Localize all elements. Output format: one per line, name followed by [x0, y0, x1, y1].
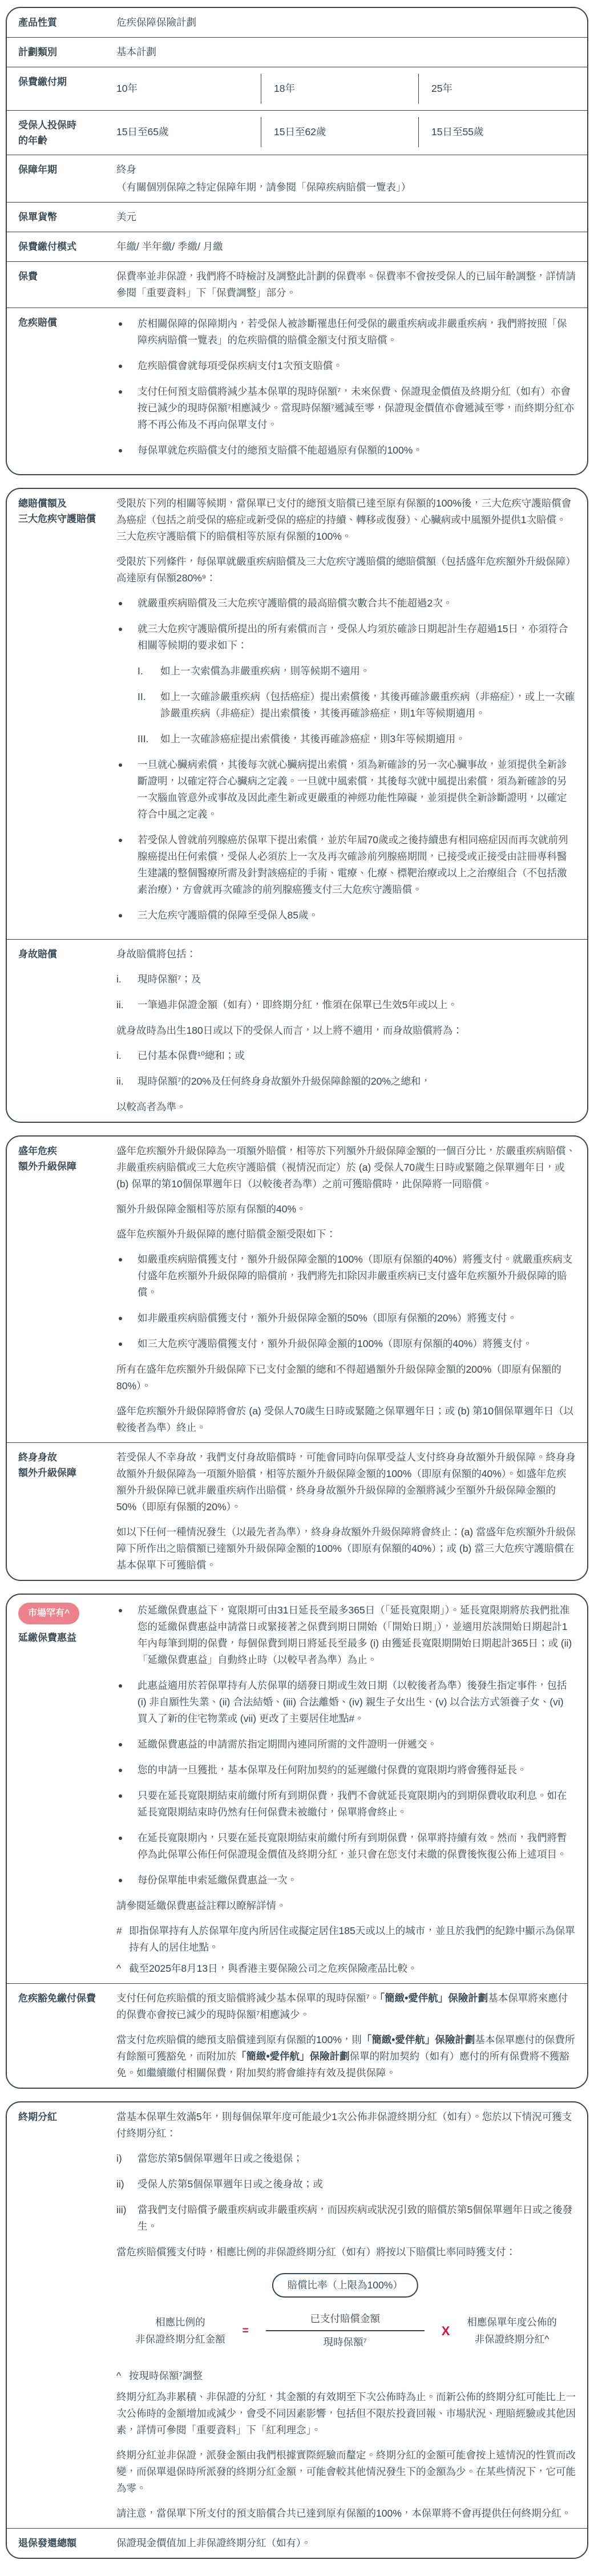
prime-age-extra-uplift-row: 盛年危疾額外升級保障盛年危疾額外升級保障為一項額外賠償，相等於下列額外升級保障金… — [7, 1137, 587, 1442]
bullet-icon — [119, 763, 122, 767]
claim-ratio-pill: 賠償比率（上限為100%） — [272, 2273, 418, 2298]
premium-payment-term-content: 10年18年25年 — [116, 74, 576, 104]
premium-label: 保費 — [18, 268, 116, 301]
bullet-icon — [119, 1258, 122, 1261]
footnote: ^截至2025年8月13日，與香港主要保險公司之危疾保險產品比較。 — [116, 1960, 576, 1977]
list-item-text: 每份保單能申索延繳保費惠益一次。 — [138, 1872, 576, 1888]
paragraph: 危疾保障保險計劃 — [116, 14, 576, 31]
label-text: 總賠償額及 — [18, 496, 116, 511]
list-marker: I. — [138, 663, 143, 680]
label-text: 保費 — [18, 269, 116, 284]
death-benefit-label: 身故賠償 — [18, 946, 116, 1115]
total-benefit-major-ci-guardian-label: 總賠償額及三大危疾守護賠償 — [18, 495, 116, 933]
bullet-icon — [119, 1837, 122, 1840]
list-item: 危疾賠償會就每項受保疾病支付1次預支賠償。 — [116, 358, 576, 374]
list-item-text: 如三大危疾守護賠償獲支付，額外升級保障金額的100%（即原有保額的40%）將獲支… — [138, 1336, 576, 1352]
premium-deferral-benefit-row: 市場罕有^延繳保費惠益於延繳保費惠益下，寬限期可由31日延長至最多365日（「延… — [7, 1595, 587, 1983]
marker-list: i.現時保額⁷；及ii.一筆過非保證金額（如有），即終期分紅，惟須在保單已生效5… — [116, 971, 576, 1013]
list-item-text: 當您於第5個保單週年日或之後退保； — [138, 2150, 576, 2167]
info-box-4: 市場罕有^延繳保費惠益於延繳保費惠益下，寬限期可由31日延長至最多365日（「延… — [6, 1594, 588, 2089]
list-item-text: 若受保人曾就前列腺癌於保單下提出索償，並於年屆70歲或之後持續患有相同癌症因而再… — [138, 832, 576, 898]
ci-premium-waiver-label: 危疾豁免繳付保費 — [18, 1990, 116, 2081]
product-nature-row: 產品性質危疾保障保險計劃 — [7, 8, 587, 37]
operand-line: 相應保單年度公佈的 — [467, 2314, 557, 2331]
paragraph: （有關個別保障之特定保障年期，請參閱「保障疾病賠償一覽表」） — [116, 179, 576, 196]
label-text: 終身身故 — [18, 1450, 116, 1465]
plan-type-content: 基本計劃 — [116, 44, 576, 60]
footnote: ^按現時保額⁷調整 — [116, 2368, 576, 2384]
label-text: 保費繳付期 — [18, 74, 116, 90]
benefit-term-label: 保障年期 — [18, 161, 116, 196]
list-item-text: 就三大危疾守護賠償所提出的所有索償而言，受保人均須於確診日期起計生存超過15日，… — [138, 621, 576, 654]
footnote-text: 即指保單持有人於保單年度內所居住或擬定居住185天或以上的城市，並且於我們的紀錄… — [129, 1923, 576, 1956]
issue-age-label: 受保人投保時的年齡 — [18, 117, 116, 148]
bullet-icon — [119, 914, 122, 917]
list-item-text: 您的申請一旦獲批，基本保單及任何附加契約的延遲繳付保費的寬限期均將會獲得延長。 — [138, 1762, 576, 1778]
list-item-text: 支付任何預支賠償將減少基本保單的現時保額⁷，未來保費、保證現金價值及終期分紅（如… — [138, 383, 576, 433]
policy-currency-label: 保單貨幣 — [18, 209, 116, 225]
label-text: 產品性質 — [18, 15, 116, 30]
premium-payment-mode-label: 保費繳付模式 — [18, 238, 116, 255]
paragraph: 支付任何危疾賠償的預支賠償將減少基本保單的現時保額⁷。「簡緻•愛伴航」保險計劃基… — [116, 1990, 576, 2023]
premium-deferral-benefit-label: 市場罕有^延繳保費惠益 — [18, 1601, 116, 1977]
bullet-icon — [119, 365, 122, 368]
nested-list-item: I.如上一次索償為非嚴重疾病，則等候期不適用。 — [138, 663, 576, 680]
list-item: ii)受保人於第5個保單週年日或之後身故；或 — [116, 2176, 576, 2193]
list-marker: ii. — [116, 1073, 124, 1090]
premium-payment-term-row: 保費繳付期10年18年25年 — [7, 67, 587, 110]
paragraph: 保費率並非保證，我們將不時檢討及調整此計劃的保費率。保費率不會按受保人的已屆年齡… — [116, 268, 576, 301]
fraction-denominator: 現時保額⁷ — [266, 2331, 425, 2351]
paragraph: 就身故時為出生180日或以下的受保人而言，以上將不適用，而身故賠償將為： — [116, 1022, 576, 1039]
text-segment: 支付任何危疾賠償的預支賠償將減少基本保單的現時保額⁷。 — [116, 1992, 379, 2004]
paragraph: 以較高者為準。 — [116, 1099, 576, 1115]
bullet-icon — [119, 1769, 122, 1772]
paragraph: 請注意，當保單下所支付的預支賠償合共已達到原有保額的100%，本保單將不會再提供… — [116, 2505, 576, 2522]
list-item-text: 如上一次確診癌症提出索償後，其後再確診癌症，則3年等候期適用。 — [160, 731, 576, 747]
list-item: 於延繳保費惠益下，寬限期可由31日延長至最多365日（「延長寬限期」）。延長寬限… — [116, 1602, 576, 1668]
terminal-dividend-content: 當基本保單生效滿5年，則每個保單年度可能最少1次公佈非保證終期分紅（如有）。您於… — [116, 2109, 576, 2522]
prime-age-extra-uplift-content: 盛年危疾額外升級保障為一項額外賠償，相等於下列額外升級保障金額的一個百分比，於嚴… — [116, 1143, 576, 1436]
table-cell: 15日至65歲 — [116, 117, 261, 147]
table-cell: 18年 — [261, 74, 418, 104]
prime-age-extra-uplift-label: 盛年危疾額外升級保障 — [18, 1143, 116, 1436]
label-text: 受保人投保時 — [18, 118, 116, 133]
paragraph: 美元 — [116, 209, 576, 225]
plan-type-row: 計劃類別基本計劃 — [7, 37, 587, 67]
table-cell: 15日至55歲 — [418, 117, 576, 147]
list-item: i.已付基本保費¹⁰總和；或 — [116, 1048, 576, 1064]
operand-line: 非保證終期分紅金額 — [135, 2331, 225, 2348]
critical-illness-benefit-row: 危疾賠償於相關保障的保障期內，若受保人被診斷罹患任何受保的嚴重疾病或非嚴重疾病，… — [7, 308, 587, 474]
bullet-icon — [119, 1342, 122, 1346]
list-item: 每份保單能申索延繳保費惠益一次。 — [116, 1872, 576, 1888]
bullet-icon — [119, 602, 122, 605]
list-item-text: 受保人於第5個保單週年日或之後身故；或 — [138, 2176, 576, 2193]
list-item-text: 如上一次確診嚴重疾病（包括癌症）提出索償後，其後再確診嚴重疾病（非癌症），或上一… — [160, 689, 576, 722]
premium-payment-mode-row: 保費繳付模式年繳/ 半年繳/ 季繳/ 月繳 — [7, 232, 587, 261]
total-benefit-major-ci-guardian-row: 總賠償額及三大危疾守護賠償受限於下列的相關等候期，當保單已支付的總預支賠償已達至… — [7, 489, 587, 939]
list-item-text: 在延長寬限期內，只要在延長寬限期結束前繳付所有到期保費，保單將持續有效。然而，我… — [138, 1830, 576, 1863]
bullet-icon — [119, 322, 122, 326]
list-marker: ii) — [116, 2176, 124, 2193]
list-item: 支付任何預支賠償將減少基本保單的現時保額⁷，未來保費、保證現金價值及終期分紅（如… — [116, 383, 576, 433]
label-text: 三大危疾守護賠償 — [18, 511, 116, 527]
list-item: 如非嚴重疾病賠償獲支付，額外升級保障金額的50%（即原有保額的20%）將獲支付。 — [116, 1310, 576, 1327]
whole-life-death-extra-uplift-content: 若受保人不幸身故，我們支付身故賠償時，可能會同時向保單受益人支付終身身故額外升級… — [116, 1449, 576, 1574]
product-nature-label: 產品性質 — [18, 14, 116, 31]
list-marker: III. — [138, 731, 148, 747]
paragraph: 受限於下列的相關等候期，當保單已支付的總預支賠償已達至原有保額的100%後，三大… — [116, 495, 576, 545]
terminal-dividend-label: 終期分紅 — [18, 2109, 116, 2522]
product-summary-document: 產品性質危疾保障保險計劃計劃類別基本計劃保費繳付期10年18年25年受保人投保時… — [0, 0, 594, 2576]
list-item: i)當您於第5個保單週年日或之後退保； — [116, 2150, 576, 2167]
plan-name-bold: 「簡緻•愛伴航」保險計劃 — [236, 2051, 350, 2062]
list-item: i.現時保額⁷；及 — [116, 971, 576, 988]
label-text: 危疾豁免繳付保費 — [18, 1991, 116, 2006]
label-text: 身故賠償 — [18, 947, 116, 962]
terminal-dividend-row: 終期分紅當基本保單生效滿5年，則每個保單年度可能最少1次公佈非保證終期分紅（如有… — [7, 2102, 587, 2528]
paragraph: 當危疾賠償獲支付時，相應比例的非保證終期分紅（如有）將按以下賠償比率同時獲支付： — [116, 2244, 576, 2260]
critical-illness-benefit-content: 於相關保障的保障期內，若受保人被診斷罹患任何受保的嚴重疾病或非嚴重疾病，我們將按… — [116, 314, 576, 468]
bullet-icon — [119, 1879, 122, 1882]
critical-illness-benefit-label: 危疾賠償 — [18, 314, 116, 468]
list-item-text: 三大危疾守護賠償的保障至受保人85歲。 — [138, 907, 576, 924]
list-item-text: 每保單就危疾賠償支付的總預支賠償不能超過原有保額的100%。 — [138, 442, 576, 459]
surrender-value-row: 退保發還總額保證現金價值加上非保證終期分紅（如有）。 — [7, 2528, 587, 2558]
surrender-value-label: 退保發還總額 — [18, 2535, 116, 2551]
list-item: ii.現時保額⁷的20%及任何終身身故額外升級保障餘額的20%之總和， — [116, 1073, 576, 1090]
label-text: 額外升級保障 — [18, 1465, 116, 1481]
footnote: #即指保單持有人於保單年度內所居住或擬定居住185天或以上的城市，並且於我們的紀… — [116, 1923, 576, 1956]
list-item: 只要在延長寬限期結束前繳付所有到期保費，我們不會就延長寬限期內的到期保費收取利息… — [116, 1788, 576, 1821]
list-item-text: 當我們支付賠償予嚴重疾病或非嚴重疾病，而因疾病或狀況引致的賠償於第5個保單週年日… — [138, 2202, 576, 2235]
list-item: 延繳保費惠益的申請需於指定期間內連同所需的文件證明一併遞交。 — [116, 1736, 576, 1753]
list-item-text: 延繳保費惠益的申請需於指定期間內連同所需的文件證明一併遞交。 — [138, 1736, 576, 1753]
list-marker: i) — [116, 2150, 122, 2167]
fraction: 賠償比率（上限為100%）已支付賠償金額現時保額⁷ — [266, 2311, 425, 2351]
column-group: 10年18年25年 — [116, 74, 576, 104]
label-text: 的年齡 — [18, 133, 116, 148]
footnote-marker: ^ — [116, 1960, 121, 1977]
list-item-text: 現時保額⁷；及 — [138, 971, 576, 988]
footnote-marker: ^ — [116, 2368, 121, 2384]
bullet-list: 於相關保障的保障期內，若受保人被診斷罹患任何受保的嚴重疾病或非嚴重疾病，我們將按… — [116, 316, 576, 459]
list-item-text: 就嚴重疾病賠償及三大危疾守護賠償的最高賠償次數合共不能超過2次。 — [138, 595, 576, 612]
bullet-icon — [119, 390, 122, 394]
paragraph: 請參閱延繳保費惠益註釋以瞭解詳情。 — [116, 1898, 576, 1914]
bullet-icon — [119, 1743, 122, 1746]
table-cell: 15日至62歲 — [261, 117, 418, 147]
paragraph: 受限於下列條件，每保單就嚴重疾病賠償及三大危疾守護賠償的總賠償額（包括盛年危疾額… — [116, 553, 576, 587]
list-item-text: 已付基本保費¹⁰總和；或 — [138, 1048, 576, 1064]
paragraph: 盛年危疾額外升級保障的應付賠償金額受限如下： — [116, 1226, 576, 1243]
formula-right-operand: 相應保單年度公佈的非保證終期分紅^ — [467, 2314, 557, 2348]
label-text: 保障年期 — [18, 162, 116, 177]
surrender-value-content: 保證現金價值加上非保證終期分紅（如有）。 — [116, 2535, 576, 2551]
list-item-text: 如嚴重疾病賠償獲支付，額外升級保障金額的100%（即原有保額的40%）將獲支付。… — [138, 1251, 576, 1301]
bullet-list: 如嚴重疾病賠償獲支付，額外升級保障金額的100%（即原有保額的40%）將獲支付。… — [116, 1251, 576, 1352]
benefit-term-content: 終身（有關個別保障之特定保障年期，請參閱「保障疾病賠償一覽表」） — [116, 161, 576, 196]
bullet-icon — [119, 1684, 122, 1688]
label-text: 延繳保費惠益 — [18, 1630, 116, 1645]
list-item: 於相關保障的保障期內，若受保人被診斷罹患任何受保的嚴重疾病或非嚴重疾病，我們將按… — [116, 316, 576, 349]
paragraph: 當支付危疾賠償的總預支賠償達到原有保額的100%，則「簡緻•愛伴航」保險計劃基本… — [116, 2032, 576, 2081]
premium-row: 保費保費率並非保證，我們將不時檢討及調整此計劃的保費率。保費率不會按受保人的已屆… — [7, 261, 587, 308]
list-item: ii.一筆過非保證金額（如有），即終期分紅，惟須在保單已生效5年或以上。 — [116, 997, 576, 1013]
total-benefit-major-ci-guardian-content: 受限於下列的相關等候期，當保單已支付的總預支賠償已達至原有保額的100%後，三大… — [116, 495, 576, 933]
list-item-text: 現時保額⁷的20%及任何終身身故額外升級保障餘額的20%之總和， — [138, 1073, 576, 1090]
list-item-text: 危疾賠償會就每項受保疾病支付1次預支賠償。 — [138, 358, 576, 374]
paragraph: 終期分紅為非累積、非保證的分紅，其金額的有效期至下次公佈時為止。而新公佈的終期分… — [116, 2389, 576, 2438]
label-text: 計劃類別 — [18, 45, 116, 60]
text-segment: 當支付危疾賠償的總預支賠償達到原有保額的100%，則 — [116, 2034, 362, 2045]
paragraph: 保證現金價值加上非保證終期分紅（如有）。 — [116, 2535, 576, 2551]
footnote-marker: # — [116, 1923, 122, 1939]
operand-line: 相應比例的 — [135, 2314, 225, 2331]
paragraph: 身故賠償將包括： — [116, 946, 576, 963]
list-marker: II. — [138, 689, 146, 705]
paragraph: 當基本保單生效滿5年，則每個保單年度可能最少1次公佈非保證終期分紅（如有）。您於… — [116, 2109, 576, 2142]
policy-currency-content: 美元 — [116, 209, 576, 225]
list-item-text: 於延繳保費惠益下，寬限期可由31日延長至最多365日（「延長寬限期」）。延長寬限… — [138, 1602, 576, 1668]
dividend-formula: 相應比例的非保證終期分紅金額=賠償比率（上限為100%）已支付賠償金額現時保額⁷… — [116, 2311, 576, 2351]
list-item-text: 只要在延長寬限期結束前繳付所有到期保費，我們不會就延長寬限期內的到期保費收取利息… — [138, 1788, 576, 1821]
table-cell: 10年 — [116, 74, 261, 104]
market-rare-badge: 市場罕有^ — [18, 1603, 79, 1624]
paragraph: 基本計劃 — [116, 44, 576, 60]
label-text: 危疾賠償 — [18, 315, 116, 330]
paragraph: 終期分紅並非保證，派發金額由我們根據實際經驗而釐定。終期分紅的金額可能會按上述情… — [116, 2447, 576, 2497]
paragraph: 盛年危疾額外升級保障為一項額外賠償，相等於下列額外升級保障金額的一個百分比，於嚴… — [116, 1143, 576, 1192]
nested-list: I.如上一次索償為非嚴重疾病，則等候期不適用。II.如上一次確診嚴重疾病（包括癌… — [138, 663, 576, 747]
list-item: 三大危疾守護賠償的保障至受保人85歲。 — [116, 907, 576, 924]
bullet-icon — [119, 628, 122, 631]
label-text: 盛年危疾 — [18, 1143, 116, 1159]
list-item-text: 此惠益適用於若保單持有人於保單的繕發日期或生效日期（以較後者為準）後發生指定事件… — [138, 1677, 576, 1727]
label-text: 保單貨幣 — [18, 209, 116, 225]
info-box-2: 總賠償額及三大危疾守護賠償受限於下列的相關等候期，當保單已支付的總預支賠償已達至… — [6, 488, 588, 1123]
marker-list: i)當您於第5個保單週年日或之後退保；ii)受保人於第5個保單週年日或之後身故；… — [116, 2150, 576, 2235]
bullet-icon — [119, 1317, 122, 1320]
info-box-1: 產品性質危疾保障保險計劃計劃類別基本計劃保費繳付期10年18年25年受保人投保時… — [6, 7, 588, 475]
list-item-text: 於相關保障的保障期內，若受保人被診斷罹患任何受保的嚴重疾病或非嚴重疾病，我們將按… — [138, 316, 576, 349]
list-item: 若受保人曾就前列腺癌於保單下提出索償，並於年屆70歲或之後持續患有相同癌症因而再… — [116, 832, 576, 898]
footnote-text: 截至2025年8月13日，與香港主要保險公司之危疾保險產品比較。 — [129, 1960, 576, 1977]
list-marker: iii) — [116, 2202, 127, 2218]
list-item: 如嚴重疾病賠償獲支付，額外升級保障金額的100%（即原有保額的40%）將獲支付。… — [116, 1251, 576, 1301]
formula-left-operand: 相應比例的非保證終期分紅金額 — [135, 2314, 225, 2348]
bullet-list: 就嚴重疾病賠償及三大危疾守護賠償的最高賠償次數合共不能超過2次。就三大危疾守護賠… — [116, 595, 576, 924]
premium-content: 保費率並非保證，我們將不時檢討及調整此計劃的保費率。保費率不會按受保人的已屆年齡… — [116, 268, 576, 301]
paragraph: 盛年危疾額外升級保障將會於 (a) 受保人70歲生日時或緊隨之保單週年日；或 (… — [116, 1403, 576, 1436]
info-box-3: 盛年危疾額外升級保障盛年危疾額外升級保障為一項額外賠償，相等於下列額外升級保障金… — [6, 1135, 588, 1581]
benefit-term-row: 保障年期終身（有關個別保障之特定保障年期，請參閱「保障疾病賠償一覽表」） — [7, 155, 587, 202]
death-benefit-content: 身故賠償將包括：i.現時保額⁷；及ii.一筆過非保證金額（如有），即終期分紅，惟… — [116, 946, 576, 1115]
list-item: 就嚴重疾病賠償及三大危疾守護賠償的最高賠償次數合共不能超過2次。 — [116, 595, 576, 612]
info-box-5: 終期分紅當基本保單生效滿5年，則每個保單年度可能最少1次公佈非保證終期分紅（如有… — [6, 2101, 588, 2559]
list-item-text: 如非嚴重疾病賠償獲支付，額外升級保障金額的50%（即原有保額的20%）將獲支付。 — [138, 1310, 576, 1327]
policy-currency-row: 保單貨幣美元 — [7, 202, 587, 232]
paragraph: 若受保人不幸身故，我們支付身故賠償時，可能會同時向保單受益人支付終身身故額外升級… — [116, 1449, 576, 1515]
list-item: iii)當我們支付賠償予嚴重疾病或非嚴重疾病，而因疾病或狀況引致的賠償於第5個保… — [116, 2202, 576, 2235]
list-item: 在延長寬限期內，只要在延長寬限期結束前繳付所有到期保費，保單將持續有效。然而，我… — [116, 1830, 576, 1863]
label-text: 保費繳付模式 — [18, 239, 116, 254]
list-item: 就三大危疾守護賠償所提出的所有索償而言，受保人均須於確診日期起計生存超過15日，… — [116, 621, 576, 747]
ci-premium-waiver-content: 支付任何危疾賠償的預支賠償將減少基本保單的現時保額⁷。「簡緻•愛伴航」保險計劃基… — [116, 1990, 576, 2081]
bullet-icon — [119, 1794, 122, 1798]
fraction-numerator: 已支付賠償金額 — [266, 2311, 425, 2330]
list-marker: i. — [116, 1048, 122, 1064]
bullet-icon — [119, 449, 122, 452]
paragraph: 終身 — [116, 161, 576, 178]
label-text: 退保發還總額 — [18, 2535, 116, 2551]
issue-age-content: 15日至65歲15日至62歲15日至55歲 — [116, 117, 576, 148]
label-text: 額外升級保障 — [18, 1159, 116, 1174]
multiply-sign: X — [442, 2323, 450, 2339]
list-item-text: 一旦就心臟病索償，其後每次就心臟病提出索償，須為新確診的另一次心臟事故，並須提供… — [138, 757, 576, 823]
list-marker: ii. — [116, 997, 124, 1013]
marker-list: i.已付基本保費¹⁰總和；或ii.現時保額⁷的20%及任何終身身故額外升級保障餘… — [116, 1048, 576, 1090]
nested-list-item: III.如上一次確診癌症提出索償後，其後再確診癌症，則3年等候期適用。 — [138, 731, 576, 747]
paragraph: 年繳/ 半年繳/ 季繳/ 月繳 — [116, 238, 576, 255]
issue-age-row: 受保人投保時的年齡15日至65歲15日至62歲15日至55歲 — [7, 110, 587, 155]
label-text: 終期分紅 — [18, 2109, 116, 2125]
whole-life-death-extra-uplift-label: 終身身故額外升級保障 — [18, 1449, 116, 1574]
plan-name-bold: 「簡緻•愛伴航」保險計劃 — [379, 1992, 488, 2004]
table-cell: 25年 — [418, 74, 576, 104]
plan-name-bold: 「簡緻•愛伴航」保險計劃 — [362, 2034, 475, 2045]
premium-deferral-benefit-content: 於延繳保費惠益下，寬限期可由31日延長至最多365日（「延長寬限期」）。延長寬限… — [116, 1601, 576, 1977]
bullet-icon — [119, 1609, 122, 1612]
bullet-icon — [119, 839, 122, 842]
paragraph: 所有在盛年危疾額外升級保障下已支付金額的總和不得超過額外升級保障金額的200%（… — [116, 1361, 576, 1394]
list-marker: i. — [116, 971, 122, 988]
plan-type-label: 計劃類別 — [18, 44, 116, 60]
nested-list-item: II.如上一次確診嚴重疾病（包括癌症）提出索償後，其後再確診嚴重疾病（非癌症），… — [138, 689, 576, 722]
footnote-text: 按現時保額⁷調整 — [129, 2368, 576, 2384]
premium-payment-mode-content: 年繳/ 半年繳/ 季繳/ 月繳 — [116, 238, 576, 255]
column-group: 15日至65歲15日至62歲15日至55歲 — [116, 117, 576, 147]
product-nature-content: 危疾保障保險計劃 — [116, 14, 576, 31]
death-benefit-row: 身故賠償身故賠償將包括：i.現時保額⁷；及ii.一筆過非保證金額（如有），即終期… — [7, 939, 587, 1122]
list-item-text: 一筆過非保證金額（如有），即終期分紅，惟須在保單已生效5年或以上。 — [138, 997, 576, 1013]
premium-payment-term-label: 保費繳付期 — [18, 74, 116, 104]
list-item: 您的申請一旦獲批，基本保單及任何附加契約的延遲繳付保費的寬限期均將會獲得延長。 — [116, 1762, 576, 1778]
operand-line: 非保證終期分紅^ — [467, 2331, 557, 2348]
equals-sign: = — [243, 2323, 249, 2339]
ci-premium-waiver-row: 危疾豁免繳付保費支付任何危疾賠償的預支賠償將減少基本保單的現時保額⁷。「簡緻•愛… — [7, 1983, 587, 2088]
paragraph: 如以下任何一種情況發生（以最先者為準），終身身故額外升級保障將會終止：(a) 當… — [116, 1524, 576, 1574]
list-item: 每保單就危疾賠償支付的總預支賠償不能超過原有保額的100%。 — [116, 442, 576, 459]
paragraph: 額外升級保障金額相等於原有保額的40%。 — [116, 1201, 576, 1218]
list-item: 如三大危疾守護賠償獲支付，額外升級保障金額的100%（即原有保額的40%）將獲支… — [116, 1336, 576, 1352]
list-item-text: 如上一次索償為非嚴重疾病，則等候期不適用。 — [160, 663, 576, 680]
bullet-list: 於延繳保費惠益下，寬限期可由31日延長至最多365日（「延長寬限期」）。延長寬限… — [116, 1602, 576, 1888]
whole-life-death-extra-uplift-row: 終身身故額外升級保障若受保人不幸身故，我們支付身故賠償時，可能會同時向保單受益人… — [7, 1442, 587, 1580]
list-item: 此惠益適用於若保單持有人於保單的繕發日期或生效日期（以較後者為準）後發生指定事件… — [116, 1677, 576, 1727]
list-item: 一旦就心臟病索償，其後每次就心臟病提出索償，須為新確診的另一次心臟事故，並須提供… — [116, 757, 576, 823]
